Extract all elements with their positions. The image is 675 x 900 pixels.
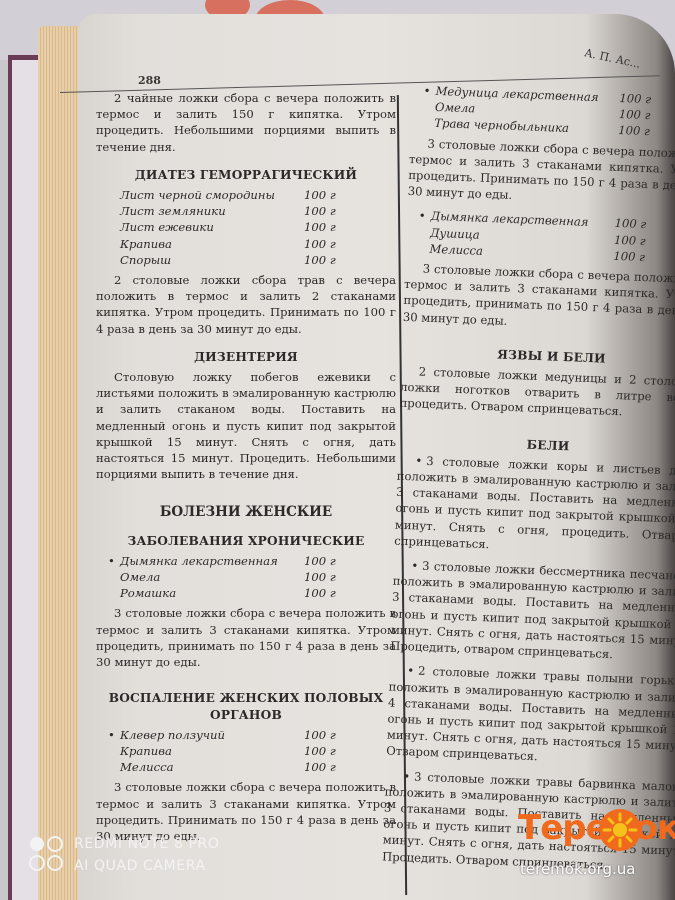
spacer — [96, 670, 396, 678]
page-number: 288 — [138, 74, 161, 87]
bullet-icon: • — [418, 208, 425, 224]
sun-logo-icon — [598, 808, 642, 852]
leucorrhea-recipe: 3 столовые ложки бессмертника песчаного … — [390, 557, 675, 666]
chapter-title-womens-diseases: БОЛЕЗНИ ЖЕНСКИЕ — [96, 504, 396, 520]
section-title-chronic: ЗАБОЛЕВАНИЯ ХРОНИЧЕСКИЕ — [96, 533, 396, 549]
herb-list-recipe1: •Медуница лекарственная100 г Омела100 г … — [410, 82, 675, 142]
site-watermark: Теремок teremok.org.ua — [518, 808, 675, 900]
herb-item: Лист ежевики100 г — [120, 219, 340, 235]
right-column: •Медуница лекарственная100 г Омела100 г … — [382, 80, 675, 876]
herb-list-inflammation: •Клевер ползучий100 г Крапива100 г Мелис… — [96, 727, 396, 776]
camera-tagline: AI QUAD CAMERA — [74, 855, 220, 877]
herb-item: Мелисса100 г — [120, 759, 340, 775]
herb-item: Ромашка100 г — [120, 585, 340, 601]
herb-item: •Дымянка лекарственная100 г — [120, 553, 340, 569]
herb-list-recipe2: •Дымянка лекарственная100 г Душица100 г … — [405, 207, 675, 267]
herb-item: Омела100 г — [120, 569, 340, 585]
ulcers-instructions: 2 столовые ложки медуницы и 2 столовые л… — [399, 363, 675, 423]
herb-item: Крапива100 г — [120, 743, 340, 759]
left-column: 2 чайные ложки сбора с вечера положить в… — [96, 90, 396, 844]
herb-item: Спорыш100 г — [120, 252, 340, 268]
recipe1-instructions: 3 столовые ложки сбора с вечера положить… — [407, 135, 675, 211]
chronic-instructions: 3 столовые ложки сбора с вечера положить… — [96, 605, 396, 670]
intro-paragraph: 2 чайные ложки сбора с вечера положить в… — [96, 90, 396, 155]
herb-list-diathesis: Лист черной смородины100 г Лист земляник… — [96, 187, 396, 268]
bullet-icon: • — [108, 727, 115, 743]
section-title-diathesis: ДИАТЕЗ ГЕМОРРАГИЧЕСКИЙ — [96, 167, 396, 183]
camera-brand-logo-icon — [28, 835, 68, 875]
herb-item: •Клевер ползучий100 г — [120, 727, 340, 743]
watermark-url: teremok.org.ua — [520, 860, 636, 878]
dysentery-instructions: Столовую ложку побегов ежевики с листьям… — [96, 369, 396, 482]
recipe2-instructions: 3 столовые ложки сбора с вечера положить… — [403, 260, 675, 336]
herb-item: Крапива100 г — [120, 236, 340, 252]
diathesis-instructions: 2 столовые ложки сбора трав с вечера пол… — [96, 272, 396, 337]
herb-item: Лист черной смородины100 г — [120, 187, 340, 203]
section-title-inflammation: ВОСПАЛЕНИЕ ЖЕНСКИХ ПОЛОВЫХ ОРГАНОВ — [96, 690, 396, 722]
watermark-brand: Теремок — [518, 808, 675, 848]
bullet-icon: • — [423, 82, 430, 98]
section-title-dysentery: ДИЗЕНТЕРИЯ — [96, 349, 396, 365]
camera-model: REDMI NOTE 8 PRO — [74, 833, 220, 855]
spacer — [96, 482, 396, 490]
herb-list-chronic: •Дымянка лекарственная100 г Омела100 г Р… — [96, 553, 396, 602]
leucorrhea-recipe: 3 столовые ложки коры и листьев дуба пол… — [394, 452, 675, 561]
bullet-icon: • — [108, 553, 115, 569]
leucorrhea-recipe: 2 столовые ложки травы полыни горькой по… — [386, 662, 675, 771]
herb-item: Лист земляники100 г — [120, 203, 340, 219]
